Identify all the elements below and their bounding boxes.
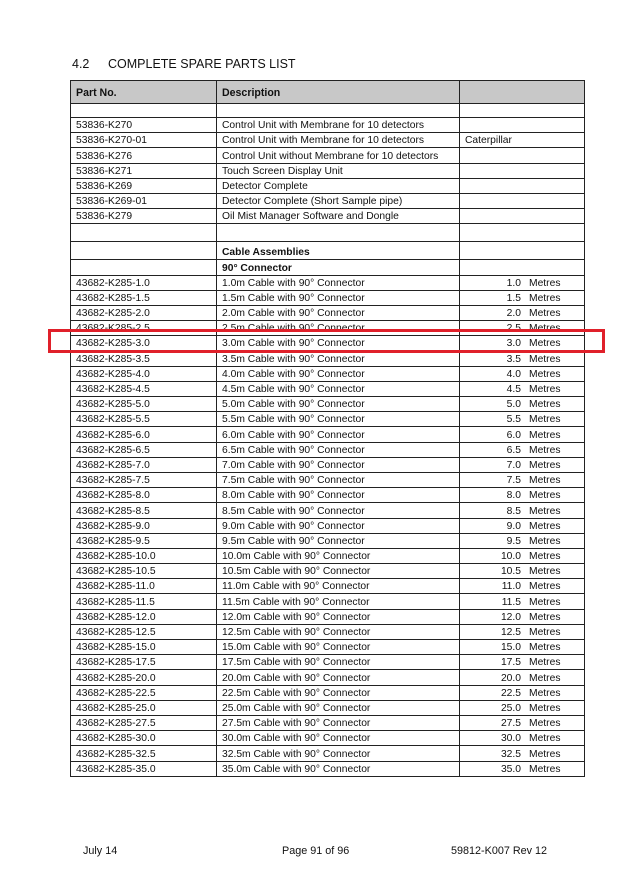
empty-cell: [460, 242, 585, 260]
length-unit: Metres: [521, 520, 560, 533]
description: 10.5m Cable with 90° Connector: [217, 564, 460, 579]
table-row: 43682-K285-11.011.0m Cable with 90° Conn…: [71, 579, 585, 594]
table-row: 53836-K270Control Unit with Membrane for…: [71, 118, 585, 133]
table-header-row: Part No. Description: [71, 81, 585, 104]
description: 4.0m Cable with 90° Connector: [217, 366, 460, 381]
length-unit: Metres: [521, 413, 560, 426]
description: 8.5m Cable with 90° Connector: [217, 503, 460, 518]
length-value: 15.0: [465, 641, 521, 654]
length-value: 22.5: [465, 687, 521, 700]
description: 17.5m Cable with 90° Connector: [217, 655, 460, 670]
part-number: 43682-K285-17.5: [71, 655, 217, 670]
length-cell: 1.5Metres: [460, 290, 585, 305]
table-row: 43682-K285-1.01.0m Cable with 90° Connec…: [71, 275, 585, 290]
table-row: 43682-K285-25.025.0m Cable with 90° Conn…: [71, 700, 585, 715]
length-unit: Metres: [521, 732, 560, 745]
description: 20.0m Cable with 90° Connector: [217, 670, 460, 685]
length-cell: 12.5Metres: [460, 624, 585, 639]
table-row: 43682-K285-2.52.5m Cable with 90° Connec…: [71, 321, 585, 336]
length-unit: Metres: [521, 641, 560, 654]
note: Caterpillar: [460, 133, 585, 148]
length-value: 8.0: [465, 489, 521, 502]
length-unit: Metres: [521, 277, 560, 290]
group-title: Cable Assemblies: [217, 242, 460, 260]
length-unit: Metres: [521, 626, 560, 639]
description: 12.5m Cable with 90° Connector: [217, 624, 460, 639]
part-number: 43682-K285-11.0: [71, 579, 217, 594]
empty-cell: [71, 260, 217, 275]
length-cell: 25.0Metres: [460, 700, 585, 715]
description: 1.0m Cable with 90° Connector: [217, 275, 460, 290]
part-number: 43682-K285-12.5: [71, 624, 217, 639]
subgroup-title-row: 90° Connector: [71, 260, 585, 275]
table-row: 43682-K285-20.020.0m Cable with 90° Conn…: [71, 670, 585, 685]
length-unit: Metres: [521, 337, 560, 350]
table-row: 43682-K285-12.012.0m Cable with 90° Conn…: [71, 609, 585, 624]
length-cell: 15.0Metres: [460, 640, 585, 655]
length-cell: 5.0Metres: [460, 397, 585, 412]
length-unit: Metres: [521, 702, 560, 715]
note: [460, 178, 585, 193]
empty-cell: [460, 260, 585, 275]
table-row: 43682-K285-6.56.5m Cable with 90° Connec…: [71, 442, 585, 457]
part-number: 53836-K269-01: [71, 193, 217, 208]
length-cell: 5.5Metres: [460, 412, 585, 427]
length-cell: 2.5Metres: [460, 321, 585, 336]
length-cell: 6.0Metres: [460, 427, 585, 442]
note: [460, 118, 585, 133]
length-value: 20.0: [465, 672, 521, 685]
length-cell: 9.0Metres: [460, 518, 585, 533]
length-value: 4.5: [465, 383, 521, 396]
description: Touch Screen Display Unit: [217, 163, 460, 178]
part-number: 43682-K285-32.5: [71, 746, 217, 761]
length-value: 9.5: [465, 535, 521, 548]
table-row: 53836-K269Detector Complete: [71, 178, 585, 193]
part-number: 43682-K285-4.5: [71, 381, 217, 396]
part-number: 53836-K276: [71, 148, 217, 163]
description: Control Unit with Membrane for 10 detect…: [217, 133, 460, 148]
length-value: 2.0: [465, 307, 521, 320]
part-number: 43682-K285-8.0: [71, 488, 217, 503]
description: 11.5m Cable with 90° Connector: [217, 594, 460, 609]
length-cell: 2.0Metres: [460, 305, 585, 320]
table-row: 43682-K285-22.522.5m Cable with 90° Conn…: [71, 685, 585, 700]
length-cell: 12.0Metres: [460, 609, 585, 624]
description: 35.0m Cable with 90° Connector: [217, 761, 460, 776]
description: 3.5m Cable with 90° Connector: [217, 351, 460, 366]
length-cell: 35.0Metres: [460, 761, 585, 776]
length-cell: 20.0Metres: [460, 670, 585, 685]
table-row: 43682-K285-12.512.5m Cable with 90° Conn…: [71, 624, 585, 639]
part-number: 43682-K285-9.5: [71, 533, 217, 548]
length-value: 1.0: [465, 277, 521, 290]
section-heading: 4.2COMPLETE SPARE PARTS LIST: [72, 57, 296, 71]
length-cell: 4.0Metres: [460, 366, 585, 381]
description: 9.0m Cable with 90° Connector: [217, 518, 460, 533]
length-value: 1.5: [465, 292, 521, 305]
table-row: 53836-K271Touch Screen Display Unit: [71, 163, 585, 178]
length-value: 8.5: [465, 505, 521, 518]
length-unit: Metres: [521, 535, 560, 548]
description: 15.0m Cable with 90° Connector: [217, 640, 460, 655]
length-cell: 10.5Metres: [460, 564, 585, 579]
description: 25.0m Cable with 90° Connector: [217, 700, 460, 715]
description: 6.0m Cable with 90° Connector: [217, 427, 460, 442]
description: 8.0m Cable with 90° Connector: [217, 488, 460, 503]
length-unit: Metres: [521, 368, 560, 381]
part-number: 43682-K285-7.5: [71, 472, 217, 487]
part-number: 43682-K285-20.0: [71, 670, 217, 685]
table-row: 43682-K285-9.09.0m Cable with 90° Connec…: [71, 518, 585, 533]
table-row: 43682-K285-8.58.5m Cable with 90° Connec…: [71, 503, 585, 518]
empty-cell: [71, 224, 217, 242]
header-description: Description: [217, 81, 460, 104]
table-row: 43682-K285-1.51.5m Cable with 90° Connec…: [71, 290, 585, 305]
footer-doc-ref: 59812-K007 Rev 12: [451, 845, 547, 857]
length-unit: Metres: [521, 656, 560, 669]
table-row: 43682-K285-30.030.0m Cable with 90° Conn…: [71, 731, 585, 746]
length-unit: Metres: [521, 459, 560, 472]
description: 5.5m Cable with 90° Connector: [217, 412, 460, 427]
section-number: 4.2: [72, 57, 108, 71]
note: [460, 193, 585, 208]
length-value: 6.0: [465, 429, 521, 442]
part-number: 43682-K285-3.5: [71, 351, 217, 366]
table-row: 43682-K285-4.54.5m Cable with 90° Connec…: [71, 381, 585, 396]
note: [460, 163, 585, 178]
length-value: 25.0: [465, 702, 521, 715]
description: 2.5m Cable with 90° Connector: [217, 321, 460, 336]
part-number: 53836-K270-01: [71, 133, 217, 148]
length-cell: 11.5Metres: [460, 594, 585, 609]
length-unit: Metres: [521, 444, 560, 457]
description: Oil Mist Manager Software and Dongle: [217, 209, 460, 224]
table-row: 53836-K270-01Control Unit with Membrane …: [71, 133, 585, 148]
section-title: COMPLETE SPARE PARTS LIST: [108, 57, 296, 71]
part-number: 53836-K270: [71, 118, 217, 133]
length-value: 11.0: [465, 580, 521, 593]
length-unit: Metres: [521, 580, 560, 593]
table-row: 53836-K276Control Unit without Membrane …: [71, 148, 585, 163]
length-value: 5.0: [465, 398, 521, 411]
length-value: 7.5: [465, 474, 521, 487]
length-cell: 27.5Metres: [460, 715, 585, 730]
empty-cell: [217, 224, 460, 242]
table-row: 43682-K285-7.57.5m Cable with 90° Connec…: [71, 472, 585, 487]
part-number: 43682-K285-25.0: [71, 700, 217, 715]
length-cell: 7.0Metres: [460, 457, 585, 472]
length-value: 30.0: [465, 732, 521, 745]
table-row: 43682-K285-9.59.5m Cable with 90° Connec…: [71, 533, 585, 548]
length-cell: 17.5Metres: [460, 655, 585, 670]
length-unit: Metres: [521, 672, 560, 685]
blank-row: [71, 224, 585, 242]
table-row: 43682-K285-3.53.5m Cable with 90° Connec…: [71, 351, 585, 366]
length-unit: Metres: [521, 383, 560, 396]
length-value: 6.5: [465, 444, 521, 457]
footer-date: July 14: [83, 845, 117, 857]
length-value: 12.0: [465, 611, 521, 624]
length-value: 3.5: [465, 353, 521, 366]
description: Control Unit with Membrane for 10 detect…: [217, 118, 460, 133]
length-cell: 11.0Metres: [460, 579, 585, 594]
part-number: 43682-K285-12.0: [71, 609, 217, 624]
spare-parts-table: Part No. Description 53836-K270Control U…: [70, 80, 585, 777]
table-row: 43682-K285-7.07.0m Cable with 90° Connec…: [71, 457, 585, 472]
group-title-row: Cable Assemblies: [71, 242, 585, 260]
description: 12.0m Cable with 90° Connector: [217, 609, 460, 624]
length-unit: Metres: [521, 763, 560, 776]
description: 1.5m Cable with 90° Connector: [217, 290, 460, 305]
table-row: 53836-K279Oil Mist Manager Software and …: [71, 209, 585, 224]
description: 9.5m Cable with 90° Connector: [217, 533, 460, 548]
description: Detector Complete: [217, 178, 460, 193]
length-value: 7.0: [465, 459, 521, 472]
length-cell: 3.5Metres: [460, 351, 585, 366]
description: 7.0m Cable with 90° Connector: [217, 457, 460, 472]
description: 22.5m Cable with 90° Connector: [217, 685, 460, 700]
part-number: 43682-K285-2.5: [71, 321, 217, 336]
length-unit: Metres: [521, 505, 560, 518]
length-value: 27.5: [465, 717, 521, 730]
length-unit: Metres: [521, 748, 560, 761]
table-row: 43682-K285-32.532.5m Cable with 90° Conn…: [71, 746, 585, 761]
part-number: 43682-K285-15.0: [71, 640, 217, 655]
description: 11.0m Cable with 90° Connector: [217, 579, 460, 594]
part-number: 53836-K269: [71, 178, 217, 193]
description: 7.5m Cable with 90° Connector: [217, 472, 460, 487]
note: [460, 209, 585, 224]
length-value: 4.0: [465, 368, 521, 381]
table-row: 43682-K285-3.03.0m Cable with 90° Connec…: [71, 336, 585, 351]
description: Detector Complete (Short Sample pipe): [217, 193, 460, 208]
length-unit: Metres: [521, 429, 560, 442]
length-cell: 6.5Metres: [460, 442, 585, 457]
description: 3.0m Cable with 90° Connector: [217, 336, 460, 351]
part-number: 43682-K285-30.0: [71, 731, 217, 746]
footer-page-number: Page 91 of 96: [282, 845, 349, 857]
length-cell: 7.5Metres: [460, 472, 585, 487]
table-row: 43682-K285-2.02.0m Cable with 90° Connec…: [71, 305, 585, 320]
blank-row: [71, 104, 585, 118]
table-row: 43682-K285-15.015.0m Cable with 90° Conn…: [71, 640, 585, 655]
length-unit: Metres: [521, 322, 560, 335]
part-number: 43682-K285-35.0: [71, 761, 217, 776]
part-number: 43682-K285-3.0: [71, 336, 217, 351]
part-number: 43682-K285-4.0: [71, 366, 217, 381]
length-cell: 30.0Metres: [460, 731, 585, 746]
part-number: 43682-K285-6.0: [71, 427, 217, 442]
part-number: 43682-K285-27.5: [71, 715, 217, 730]
table-row: 43682-K285-10.010.0m Cable with 90° Conn…: [71, 548, 585, 563]
length-unit: Metres: [521, 489, 560, 502]
part-number: 53836-K279: [71, 209, 217, 224]
table-row: 43682-K285-4.04.0m Cable with 90° Connec…: [71, 366, 585, 381]
description: 27.5m Cable with 90° Connector: [217, 715, 460, 730]
table-row: 43682-K285-11.511.5m Cable with 90° Conn…: [71, 594, 585, 609]
part-number: 43682-K285-1.0: [71, 275, 217, 290]
part-number: 43682-K285-8.5: [71, 503, 217, 518]
length-unit: Metres: [521, 398, 560, 411]
length-value: 11.5: [465, 596, 521, 609]
description: 30.0m Cable with 90° Connector: [217, 731, 460, 746]
length-value: 2.5: [465, 322, 521, 335]
length-value: 10.5: [465, 565, 521, 578]
part-number: 43682-K285-1.5: [71, 290, 217, 305]
part-number: 43682-K285-11.5: [71, 594, 217, 609]
empty-cell: [71, 242, 217, 260]
description: 6.5m Cable with 90° Connector: [217, 442, 460, 457]
part-number: 43682-K285-10.5: [71, 564, 217, 579]
length-value: 32.5: [465, 748, 521, 761]
table-row: 43682-K285-35.035.0m Cable with 90° Conn…: [71, 761, 585, 776]
description: 32.5m Cable with 90° Connector: [217, 746, 460, 761]
length-unit: Metres: [521, 353, 560, 366]
length-cell: 9.5Metres: [460, 533, 585, 548]
length-unit: Metres: [521, 550, 560, 563]
length-unit: Metres: [521, 717, 560, 730]
length-cell: 8.5Metres: [460, 503, 585, 518]
length-cell: 3.0Metres: [460, 336, 585, 351]
part-number: 43682-K285-6.5: [71, 442, 217, 457]
length-value: 5.5: [465, 413, 521, 426]
description: Control Unit without Membrane for 10 det…: [217, 148, 460, 163]
length-cell: 8.0Metres: [460, 488, 585, 503]
table-row: 43682-K285-5.55.5m Cable with 90° Connec…: [71, 412, 585, 427]
header-part-no: Part No.: [71, 81, 217, 104]
description: 4.5m Cable with 90° Connector: [217, 381, 460, 396]
length-unit: Metres: [521, 474, 560, 487]
table-row: 43682-K285-8.08.0m Cable with 90° Connec…: [71, 488, 585, 503]
table-row: 43682-K285-5.05.0m Cable with 90° Connec…: [71, 397, 585, 412]
length-unit: Metres: [521, 565, 560, 578]
note: [460, 148, 585, 163]
part-number: 53836-K271: [71, 163, 217, 178]
length-cell: 1.0Metres: [460, 275, 585, 290]
empty-cell: [460, 224, 585, 242]
part-number: 43682-K285-5.0: [71, 397, 217, 412]
length-value: 3.0: [465, 337, 521, 350]
part-number: 43682-K285-2.0: [71, 305, 217, 320]
part-number: 43682-K285-7.0: [71, 457, 217, 472]
description: 5.0m Cable with 90° Connector: [217, 397, 460, 412]
length-unit: Metres: [521, 307, 560, 320]
length-unit: Metres: [521, 596, 560, 609]
length-cell: 22.5Metres: [460, 685, 585, 700]
length-value: 17.5: [465, 656, 521, 669]
length-value: 10.0: [465, 550, 521, 563]
part-number: 43682-K285-22.5: [71, 685, 217, 700]
length-cell: 32.5Metres: [460, 746, 585, 761]
description: 10.0m Cable with 90° Connector: [217, 548, 460, 563]
table-row: 43682-K285-10.510.5m Cable with 90° Conn…: [71, 564, 585, 579]
table-row: 43682-K285-17.517.5m Cable with 90° Conn…: [71, 655, 585, 670]
length-value: 9.0: [465, 520, 521, 533]
table-row: 53836-K269-01Detector Complete (Short Sa…: [71, 193, 585, 208]
subgroup-title: 90° Connector: [217, 260, 460, 275]
table-row: 43682-K285-6.06.0m Cable with 90° Connec…: [71, 427, 585, 442]
description: 2.0m Cable with 90° Connector: [217, 305, 460, 320]
length-cell: 4.5Metres: [460, 381, 585, 396]
length-unit: Metres: [521, 292, 560, 305]
length-unit: Metres: [521, 687, 560, 700]
table-row: 43682-K285-27.527.5m Cable with 90° Conn…: [71, 715, 585, 730]
header-qty: [460, 81, 585, 104]
part-number: 43682-K285-5.5: [71, 412, 217, 427]
length-cell: 10.0Metres: [460, 548, 585, 563]
length-unit: Metres: [521, 611, 560, 624]
length-value: 12.5: [465, 626, 521, 639]
length-value: 35.0: [465, 763, 521, 776]
part-number: 43682-K285-10.0: [71, 548, 217, 563]
part-number: 43682-K285-9.0: [71, 518, 217, 533]
